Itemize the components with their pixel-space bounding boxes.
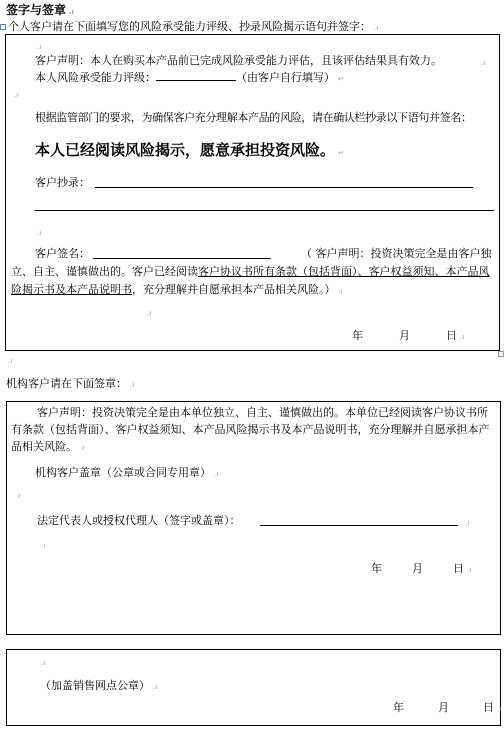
table-move-handle[interactable] bbox=[0, 24, 6, 30]
para-mark: ↵ bbox=[338, 149, 344, 157]
empty-para-mark: .ı bbox=[14, 92, 18, 99]
individual-intro-text: 个人客户请在下面填写您的风险承受能力评级、抄录风险揭示语句并签字： bbox=[8, 20, 371, 33]
empty-para-mark: .ı bbox=[16, 493, 20, 500]
date-year: 年 bbox=[371, 562, 382, 575]
risk-rating-input[interactable] bbox=[156, 70, 236, 81]
cell-mark: .ı bbox=[130, 381, 134, 389]
risk-rating-note: （由客户自行填写） bbox=[236, 71, 335, 84]
date-month: 月 bbox=[399, 329, 410, 342]
branch-seal-label: （加盖销售网点公章）.ı bbox=[40, 680, 157, 691]
cell-mark: .ı bbox=[80, 444, 84, 452]
cell-mark: .ı bbox=[481, 60, 485, 67]
date-year: 年 bbox=[393, 701, 404, 714]
cell-mark: .ı bbox=[467, 566, 471, 574]
table-resize-handle[interactable] bbox=[498, 351, 504, 357]
institution-seal-label-text: 机构客户盖章（公章或合同专用章） bbox=[35, 466, 211, 479]
cell-mark: .ı bbox=[153, 683, 157, 691]
empty-para-mark: .ı bbox=[37, 230, 41, 237]
date-month: 月 bbox=[438, 701, 449, 714]
cell-mark: .ı bbox=[497, 705, 501, 713]
branch-date: 年月日.ı bbox=[393, 702, 501, 713]
cell-mark: .ı bbox=[214, 470, 218, 478]
regulatory-note-text: 根据监管部门的要求，为确保客户充分理解本产品的风险，请在确认栏抄录以下语句并签名… bbox=[35, 111, 472, 124]
date-day: 日 bbox=[483, 701, 494, 714]
date-day: 日 bbox=[453, 562, 464, 575]
institution-declaration: 客户声明：投资决策完全是由本单位独立、自主、谨慎做出的。本单位已经阅读客户协议书… bbox=[11, 404, 497, 457]
cell-mark: .ı bbox=[374, 24, 378, 32]
branch-seal-label-text: （加盖销售网点公章） bbox=[40, 679, 150, 692]
individual-statement: （ 客户声明：投资决策完全是由客户独立、自主、谨慎做出的。客户已经阅读客户协议书… bbox=[11, 245, 497, 300]
cell-mark: .ı bbox=[460, 333, 464, 341]
individual-date: 年月日.ı bbox=[352, 330, 464, 341]
institution-seal-label: 机构客户盖章（公章或合同专用章）.ı bbox=[35, 467, 218, 478]
risk-rating-row: 本人风险承受能力评级：（由客户自行填写）↵ bbox=[35, 70, 344, 83]
individual-declaration-text: 客户声明：本人在购买本产品前已完成风险承受能力评估，且该评估结果具有效力。 bbox=[35, 54, 442, 67]
empty-para-mark: .ı bbox=[41, 660, 45, 667]
cell-mark: .ı bbox=[69, 8, 74, 16]
statement-part2: ，充分理解并自愿承担本产品相关风险。） bbox=[132, 283, 336, 296]
representative-input[interactable] bbox=[260, 525, 458, 526]
copy-label: 客户抄录： bbox=[35, 176, 90, 189]
empty-para-mark: .ı bbox=[37, 44, 41, 51]
regulatory-note: 根据监管部门的要求，为确保客户充分理解本产品的风险，请在确认栏抄录以下语句并签名… bbox=[35, 112, 472, 123]
section-title: 签字与签章.ı bbox=[6, 4, 74, 16]
representative-row: 法定代表人或授权代理人（签字或盖章）： bbox=[37, 515, 241, 526]
institution-date: 年月日.ı bbox=[371, 563, 471, 574]
para-mark: ↵ bbox=[338, 75, 344, 83]
copy-input[interactable] bbox=[95, 187, 473, 188]
risk-statement-text: 本人已经阅读风险揭示，愿意承担投资风险。 bbox=[35, 141, 335, 159]
institution-intro: 机构客户请在下面签章：.ı bbox=[6, 378, 134, 389]
risk-statement: 本人已经阅读风险揭示，愿意承担投资风险。↵ bbox=[35, 143, 344, 158]
copy-input-line-2[interactable] bbox=[35, 210, 494, 211]
individual-intro: 个人客户请在下面填写您的风险承受能力评级、抄录风险揭示语句并签字：.ı bbox=[8, 21, 378, 32]
institution-intro-text: 机构客户请在下面签章： bbox=[6, 377, 127, 390]
empty-para-mark: .ı bbox=[41, 543, 45, 550]
risk-rating-label: 本人风险承受能力评级： bbox=[35, 71, 156, 84]
cell-mark: .ı bbox=[465, 520, 469, 527]
date-day: 日 bbox=[446, 329, 457, 342]
section-title-text: 签字与签章 bbox=[6, 3, 66, 17]
empty-para-mark: .ı bbox=[147, 310, 151, 317]
representative-label: 法定代表人或授权代理人（签字或盖章）： bbox=[37, 514, 241, 527]
date-year: 年 bbox=[352, 329, 363, 342]
cell-mark: .ı bbox=[339, 287, 343, 295]
individual-declaration: 客户声明：本人在购买本产品前已完成风险承受能力评估，且该评估结果具有效力。 bbox=[35, 55, 442, 66]
copy-row: 客户抄录： bbox=[35, 177, 90, 188]
empty-para-mark: .ı bbox=[8, 358, 12, 365]
date-month: 月 bbox=[412, 562, 423, 575]
